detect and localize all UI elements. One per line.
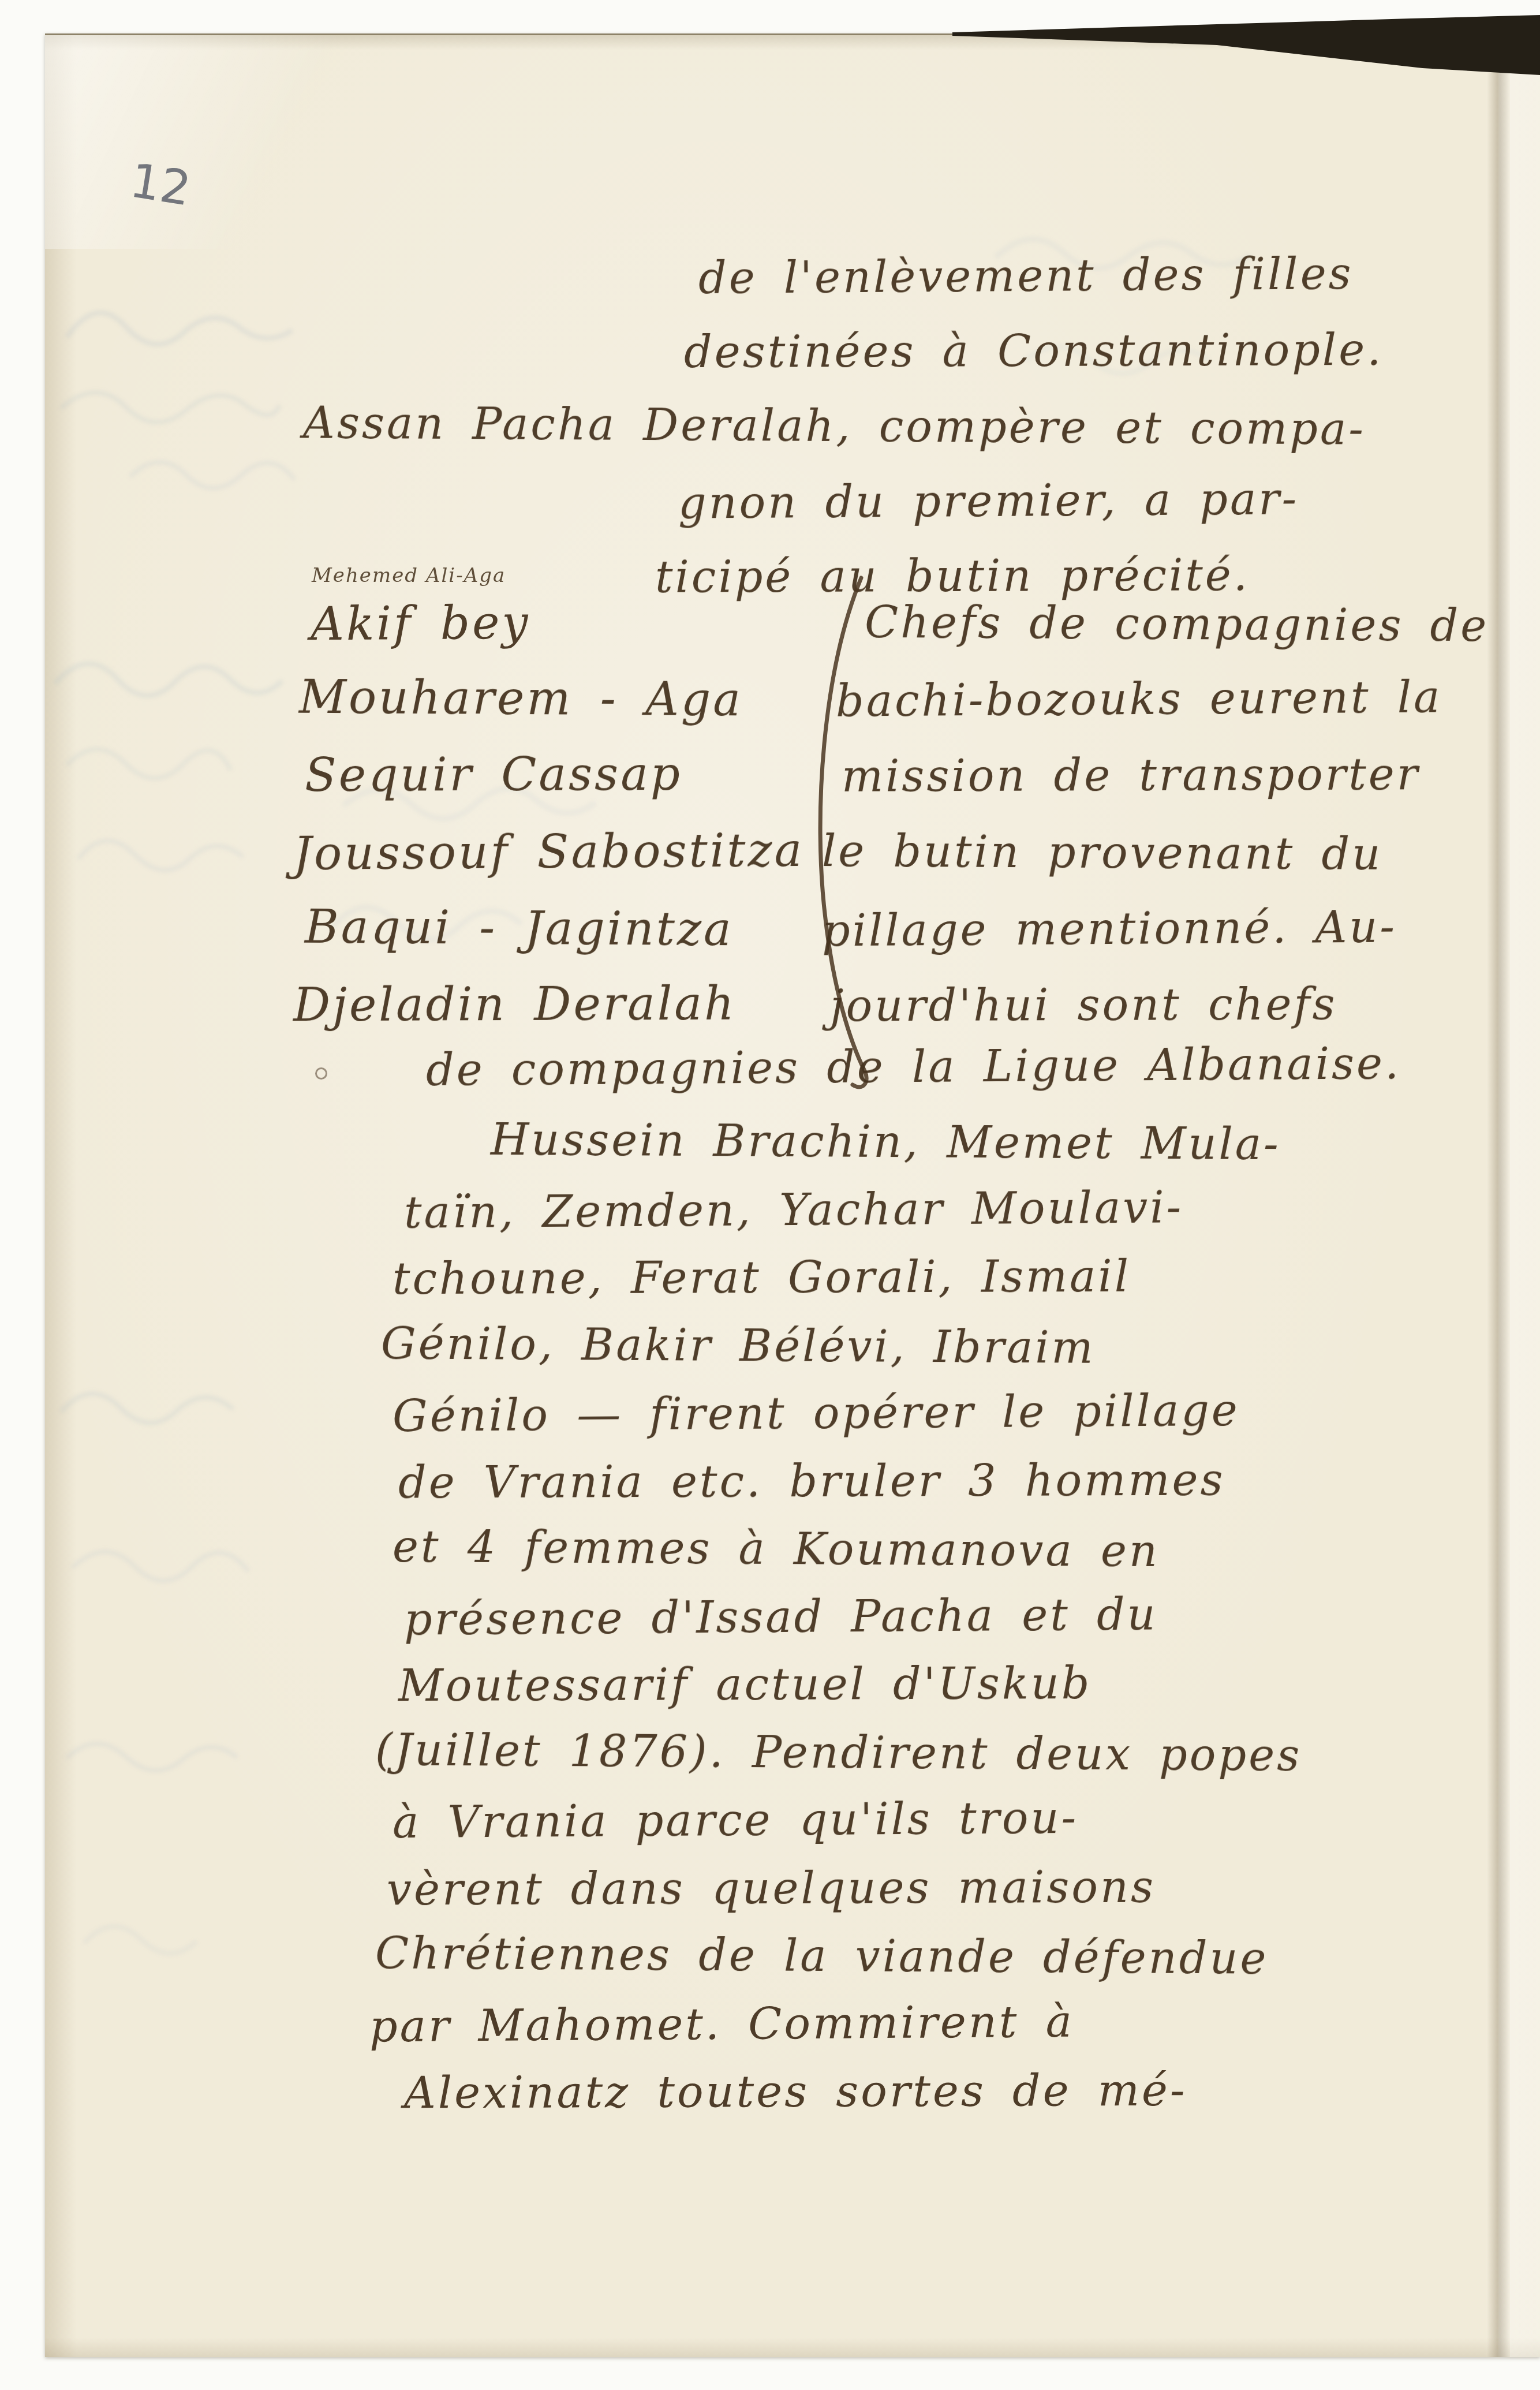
accused-name: Mouharem - Aga	[299, 670, 743, 727]
brace-note-line: jourd'hui sont chefs	[830, 978, 1337, 1031]
manuscript-line: tchoune, Ferat Gorali, Ismail	[393, 1250, 1131, 1304]
accused-name: Joussouf Sabostitza	[293, 823, 805, 880]
manuscript-line: taïn, Zemden, Yachar Moulavi-	[404, 1181, 1184, 1238]
degree-mark	[315, 1067, 327, 1080]
accused-name: Akif bey	[311, 596, 530, 651]
manuscript-line: Assan Pacha Deralah, compère et compa-	[303, 397, 1366, 454]
manuscript-line: gnon du premier, a par-	[678, 473, 1299, 529]
fold-right-panel	[1510, 35, 1540, 2357]
manuscript-line: Génilo — firent opérer le pillage	[393, 1384, 1240, 1442]
manuscript-line: Chrétiennes de la viande défendue	[375, 1927, 1269, 1984]
document-page: 12 de l'enlèvement des filles destinées …	[45, 33, 1540, 2357]
manuscript-line: destinées à Constantinople.	[684, 324, 1384, 378]
manuscript-line: ticipé au butin précité.	[655, 549, 1250, 603]
corner-fold-highlight	[45, 35, 426, 249]
manuscript-line: Hussein Brachin, Memet Mula-	[491, 1114, 1281, 1170]
brace-note-line: Chefs de compagnies de	[865, 596, 1489, 652]
manuscript-line: Alexinatz toutes sortes de mé-	[404, 2064, 1187, 2119]
brace-note-line: le butin provenant du	[822, 825, 1383, 880]
manuscript-line: Génilo, Bakir Bélévi, Ibraim	[381, 1317, 1096, 1373]
manuscript-line: de compagnies de la Ligue Albanaise.	[426, 1037, 1401, 1096]
brace-note-line: mission de transporter	[842, 748, 1420, 801]
margin-note: Mehemed Ali-Aga	[312, 564, 506, 587]
accused-name: Baqui - Jagintza	[305, 900, 734, 957]
manuscript-line: (Juillet 1876). Pendirent deux popes	[375, 1724, 1302, 1781]
manuscript-line: par Mahomet. Commirent à	[369, 1996, 1074, 2052]
accused-name: Sequir Cassap	[305, 747, 682, 802]
manuscript-line: à Vrania parce qu'ils trou-	[393, 1792, 1079, 1848]
scan-background: 12 de l'enlèvement des filles destinées …	[0, 0, 1540, 2390]
page-number-pencil: 12	[126, 153, 195, 216]
manuscript-line: et 4 femmes à Koumanova en	[393, 1521, 1160, 1577]
manuscript-line: présence d'Issad Pacha et du	[404, 1588, 1158, 1645]
brace-note-line: bachi-bozouks eurent la	[836, 671, 1442, 726]
manuscript-line: Moutessarif actuel d'Uskub	[398, 1657, 1092, 1711]
fold-crease	[1487, 35, 1510, 2357]
brace-note-line: pillage mentionné. Au-	[822, 901, 1397, 957]
manuscript-line: de l'enlèvement des filles	[698, 248, 1354, 304]
accused-name: Djeladin Deralah	[293, 977, 737, 1032]
manuscript-line: vèrent dans quelques maisons	[387, 1861, 1156, 1915]
manuscript-line: de Vrania etc. bruler 3 hommes	[398, 1454, 1225, 1508]
